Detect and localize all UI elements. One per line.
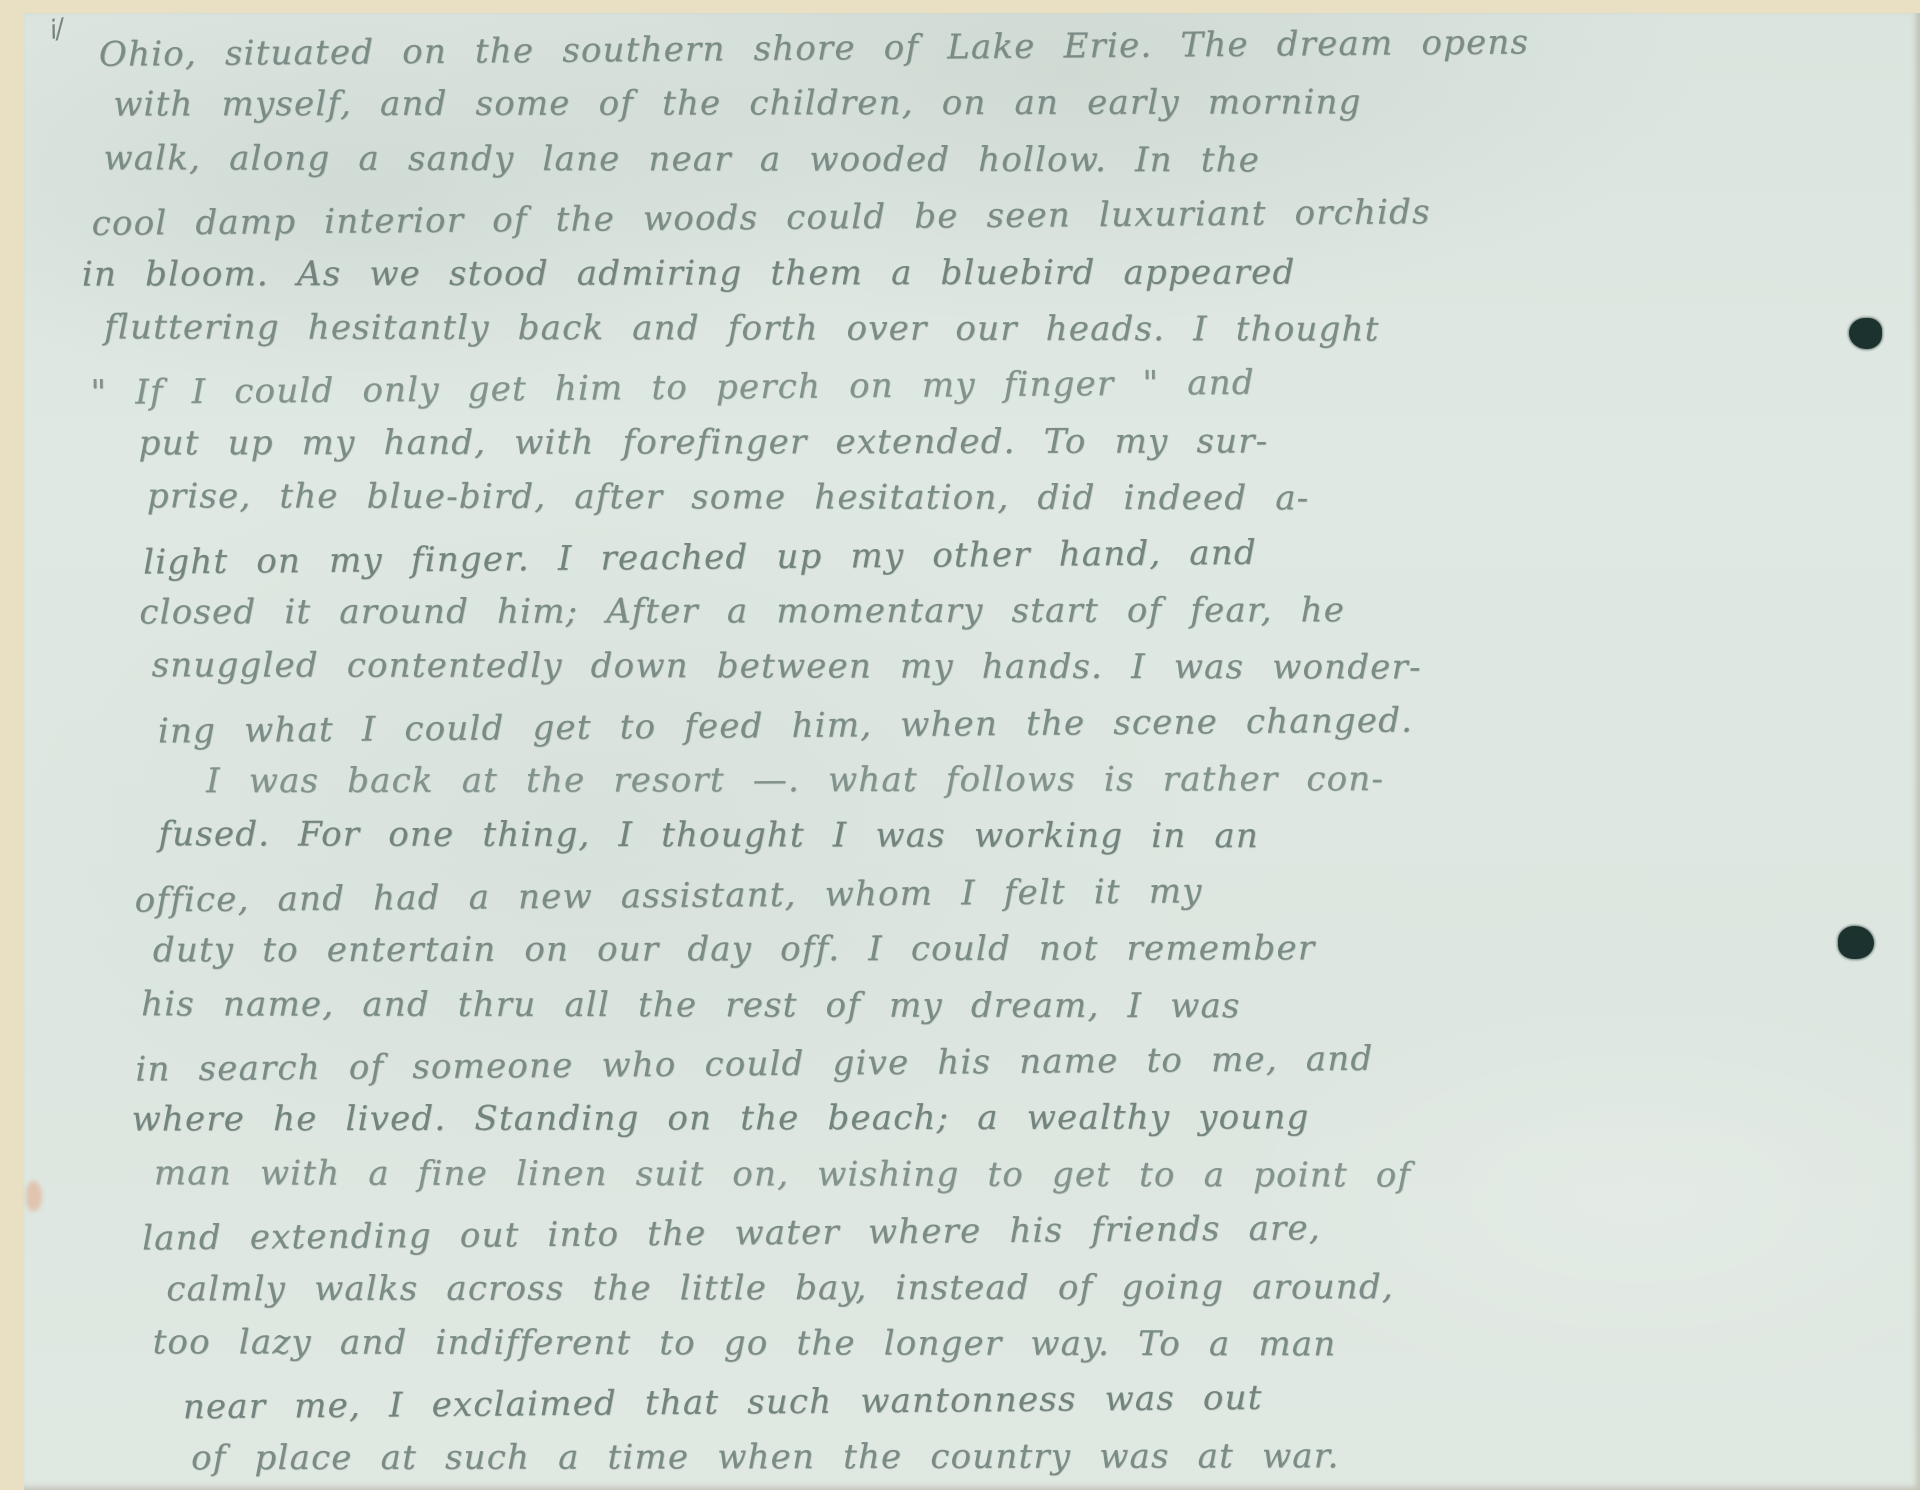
manuscript-page: i/ Ohio, situated on the southern shore … <box>0 0 1920 1490</box>
ink-dot <box>1849 318 1882 349</box>
paper-edge-stain <box>26 1181 42 1211</box>
paper-surface: i/ Ohio, situated on the southern shore … <box>24 13 1920 1490</box>
handwritten-text-block: Ohio, situated on the southern shore of … <box>51 15 1917 1489</box>
manuscript-line: " If I could only get him to perch on my… <box>90 349 1912 421</box>
manuscript-line: fused. For one thing, I thought I was wo… <box>158 807 1914 866</box>
manuscript-line: calmly walks across the little bay, inst… <box>166 1258 1916 1317</box>
manuscript-line: man with a fine linen suit on, wishing t… <box>154 1145 1916 1204</box>
manuscript-line: in bloom. As we stood admiring them a bl… <box>82 243 1912 303</box>
manuscript-line: light on my finger. I reached up my othe… <box>143 519 1913 591</box>
manuscript-line: office, and had a new assistant, whom I … <box>134 857 1914 929</box>
manuscript-line: snuggled contentedly down between my han… <box>152 638 1914 697</box>
manuscript-line: Ohio, situated on the southern shore of … <box>99 11 1911 83</box>
ink-dot <box>1838 926 1874 959</box>
manuscript-line: ing what I could get to feed him, when t… <box>158 688 1914 760</box>
manuscript-line: too lazy and indifferent to go the longe… <box>153 1314 1917 1373</box>
manuscript-line: of place at such a time when the country… <box>191 1427 1917 1486</box>
manuscript-line: cool damp interior of the woods could be… <box>91 180 1911 252</box>
manuscript-line: duty to entertain on our day off. I coul… <box>153 919 1915 978</box>
manuscript-line: walk, along a sandy lane near a wooded h… <box>103 130 1911 190</box>
manuscript-line: prise, the blue-bird, after some hesitat… <box>147 468 1913 527</box>
manuscript-line: where he lived. Standing on the beach; a… <box>132 1089 1916 1149</box>
manuscript-line: put up my hand, with forefinger extended… <box>139 412 1913 471</box>
manuscript-line: closed it around him; After a momentary … <box>139 581 1913 640</box>
manuscript-line: near me, I exclaimed that such wantonnes… <box>183 1365 1917 1437</box>
manuscript-line: in search of someone who could give his … <box>135 1026 1915 1098</box>
manuscript-line: land extending out into the water where … <box>142 1195 1916 1267</box>
manuscript-line: his name, and thru all the rest of my dr… <box>141 976 1915 1035</box>
manuscript-line: with myself, and some of the children, o… <box>113 74 1911 134</box>
manuscript-line: fluttering hesitantly back and forth ove… <box>104 299 1912 359</box>
manuscript-line: I was back at the resort —. what follows… <box>206 750 1914 809</box>
paper-sheet: i/ Ohio, situated on the southern shore … <box>24 13 1920 1490</box>
